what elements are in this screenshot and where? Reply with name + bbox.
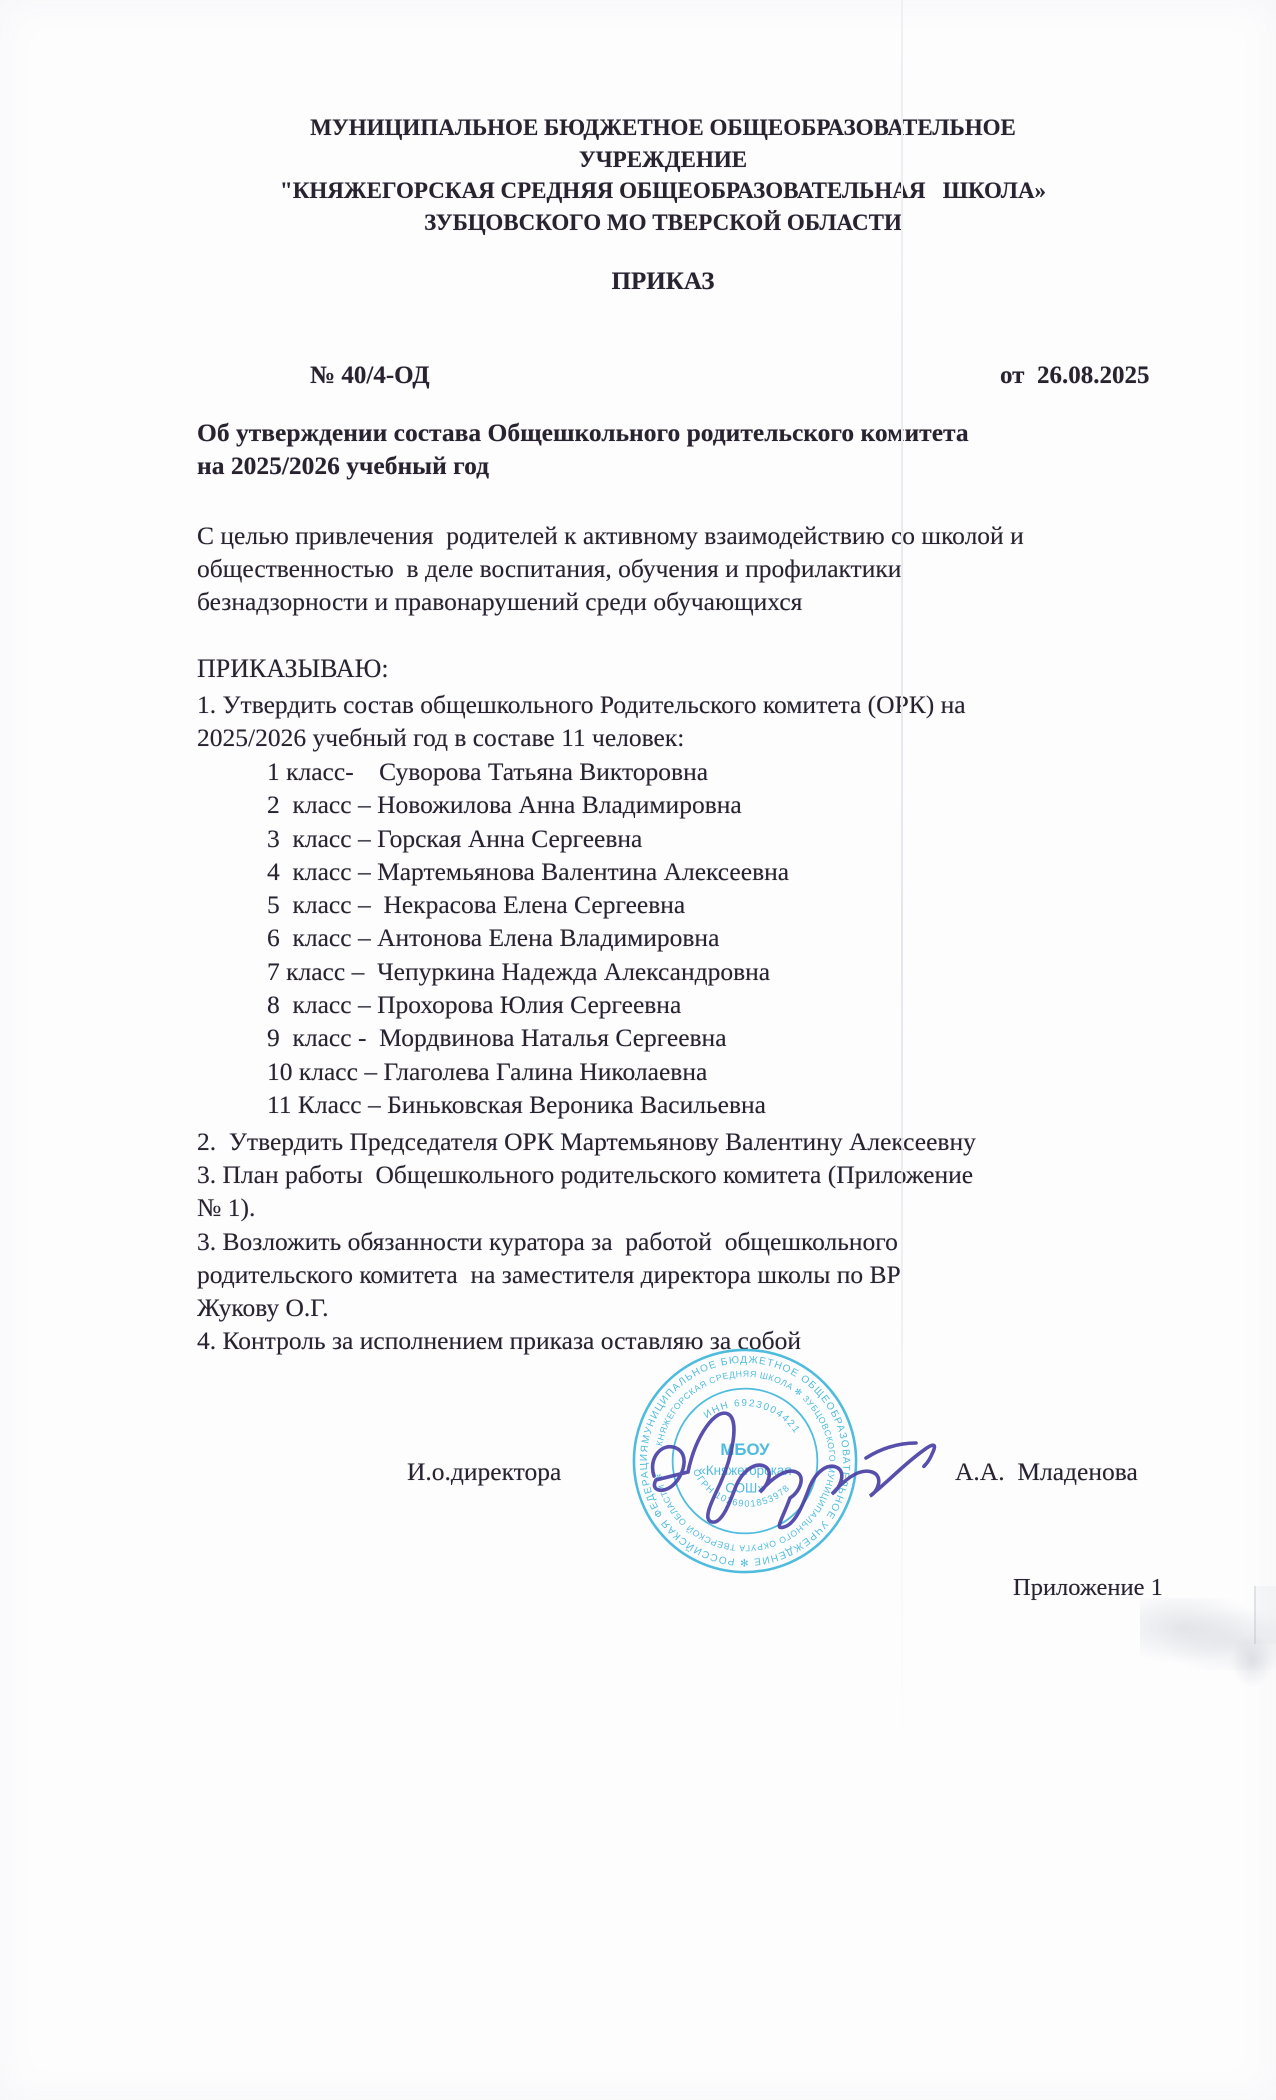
order-number: № 40/4-ОД	[310, 362, 430, 390]
scan-artifact-edge-mark	[1254, 1586, 1276, 1644]
preamble-line: общественностью в деле воспитания, обуче…	[197, 552, 1024, 585]
order-date: от 26.08.2025	[1000, 362, 1149, 390]
signature-name: А.А. Младенова	[955, 1457, 1138, 1487]
organization-name: МУНИЦИПАЛЬНОЕ БЮДЖЕТНОЕ ОБЩЕОБРАЗОВАТЕЛЬ…	[168, 112, 1158, 238]
handwritten-signature	[632, 1396, 954, 1530]
class-representative-item: 2 класс – Новожилова Анна Владимировна	[267, 788, 789, 821]
class-representative-item: 5 класс – Некрасова Елена Сергеевна	[267, 888, 789, 921]
order-item-line: Жукову О.Г.	[197, 1291, 976, 1324]
document-type-title: ПРИКАЗ	[168, 268, 1158, 296]
order-item-1: 1. Утвердить состав общешкольного Родите…	[197, 688, 966, 755]
class-representative-item: 8 класс – Прохорова Юлия Сергеевна	[267, 988, 789, 1021]
class-representative-item: 7 класс – Чепуркина Надежда Александровн…	[267, 955, 789, 988]
order-subject: Об утверждении состава Общешкольного род…	[197, 416, 969, 482]
signature-stroke	[653, 1413, 935, 1527]
class-representative-item: 11 Класс – Биньковская Вероника Васильев…	[267, 1088, 789, 1121]
order-subject-line: на 2025/2026 учебный год	[197, 449, 969, 482]
signature-role-label: И.о.директора	[407, 1457, 561, 1487]
class-representative-item: 6 класс – Антонова Елена Владимировна	[267, 921, 789, 954]
signature-flourish	[866, 1443, 916, 1458]
class-representative-item: 10 класс – Глаголева Галина Николаевна	[267, 1055, 789, 1088]
preamble-line: безнадзорности и правонарушений среди об…	[197, 585, 1024, 618]
class-representatives-list: 1 класс- Суворова Татьяна Викторовна2 кл…	[267, 755, 789, 1121]
order-item-line: родительского комитета на заместителя ди…	[197, 1258, 976, 1291]
resolve-keyword: ПРИКАЗЫВАЮ:	[197, 654, 389, 684]
organization-name-line: УЧРЕЖДЕНИЕ	[168, 144, 1158, 176]
order-item-line: 3. Возложить обязанности куратора за раб…	[197, 1225, 976, 1258]
class-representative-item: 1 класс- Суворова Татьяна Викторовна	[267, 755, 789, 788]
order-subject-line: Об утверждении состава Общешкольного род…	[197, 416, 969, 449]
class-representative-item: 9 класс - Мордвинова Наталья Сергеевна	[267, 1021, 789, 1054]
class-representative-item: 4 класс – Мартемьянова Валентина Алексее…	[267, 855, 789, 888]
order-items-2-4: 2. Утвердить Председателя ОРК Мартемьяно…	[197, 1125, 976, 1357]
order-item-line: 3. План работы Общешкольного родительско…	[197, 1158, 976, 1191]
scanned-order-document: МУНИЦИПАЛЬНОЕ БЮДЖЕТНОЕ ОБЩЕОБРАЗОВАТЕЛЬ…	[0, 0, 1276, 2100]
organization-name-line: МУНИЦИПАЛЬНОЕ БЮДЖЕТНОЕ ОБЩЕОБРАЗОВАТЕЛЬ…	[168, 112, 1158, 144]
preamble-paragraph: С целью привлечения родителей к активном…	[197, 519, 1024, 618]
order-item-1-line: 1. Утвердить состав общешкольного Родите…	[197, 688, 966, 721]
order-item-1-line: 2025/2026 учебный год в составе 11 челов…	[197, 721, 966, 754]
class-representative-item: 3 класс – Горская Анна Сергеевна	[267, 822, 789, 855]
organization-name-line: "КНЯЖЕГОРСКАЯ СРЕДНЯЯ ОБЩЕОБРАЗОВАТЕЛЬНА…	[168, 175, 1158, 207]
organization-name-line: ЗУБЦОВСКОГО МО ТВЕРСКОЙ ОБЛАСТИ	[168, 207, 1158, 239]
preamble-line: С целью привлечения родителей к активном…	[197, 519, 1024, 552]
order-item-line: № 1).	[197, 1191, 976, 1224]
order-item-line: 2. Утвердить Председателя ОРК Мартемьяно…	[197, 1125, 976, 1158]
